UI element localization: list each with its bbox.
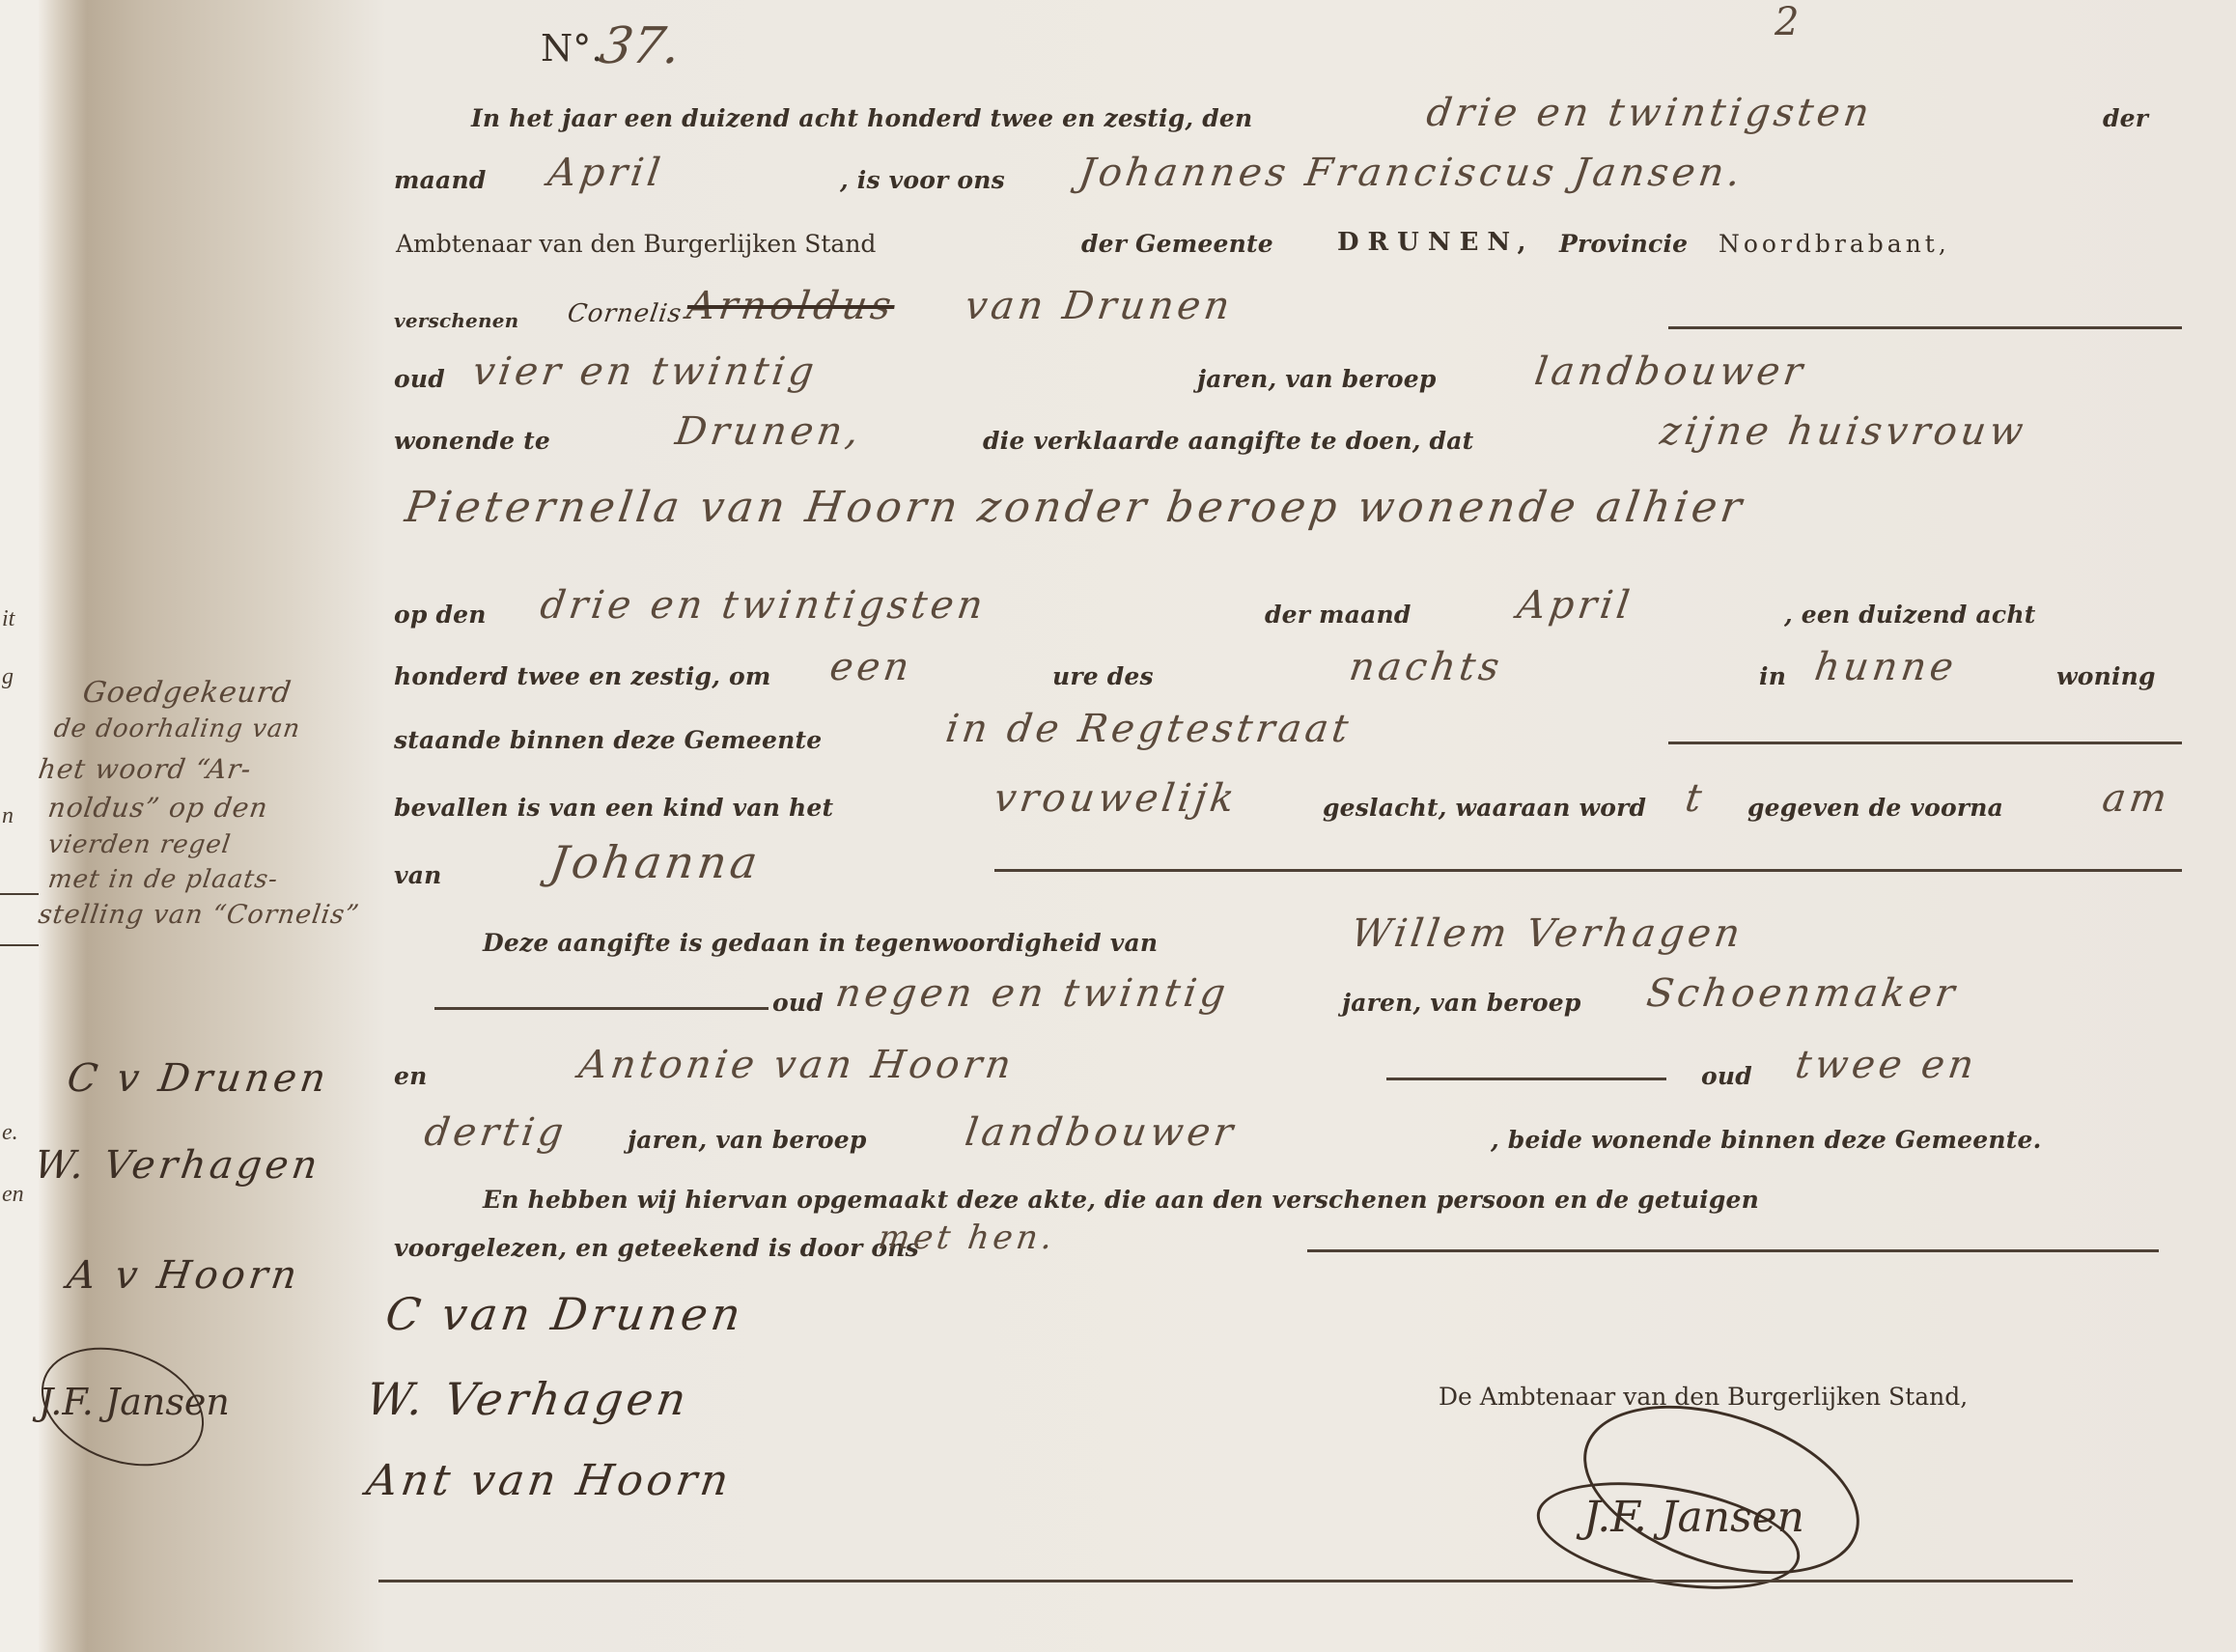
fill-line [1668,742,2182,744]
record-number-label: N°. [541,27,602,70]
handwritten-day: drie en twintigsten [1424,91,1876,135]
print-text: staande binnen deze Gemeente [394,726,822,754]
print-text: oud [1701,1062,1752,1090]
margin-note-line: noldus” op den [46,792,270,824]
facing-page-rule [0,893,39,895]
margin-note-line: met in de plaats- [46,865,280,894]
print-text: der maand [1265,601,1411,629]
handwritten-mother-name: Pieternella van Hoorn zonder beroep wone… [402,483,1748,532]
handwritten-residence: Drunen, [673,409,865,454]
document-page: it g n e. en 2 N°. 37. In het jaar een d… [0,0,2236,1652]
handwritten-text: t [1683,776,1709,821]
print-text: geslacht, waaraan word [1323,794,1646,822]
fill-line [1668,326,2182,329]
handwritten-witness-1-occupation: Schoenmaker [1644,971,1961,1016]
print-text: der Gemeente [1081,230,1273,258]
signature-declarant: C van Drunen [382,1288,747,1340]
margin-official-signature: J.F. Jansen [39,1381,230,1423]
signature-witness-1: W. Verhagen [363,1373,693,1425]
handwritten-struck-name: Arnoldus [685,284,898,328]
fill-line [434,1007,769,1010]
handwritten-witness-2: Antonie van Hoorn [576,1043,1018,1087]
handwritten-witness-1: Willem Verhagen [1349,911,1747,956]
handwritten-time-of-day: nachts [1347,645,1506,689]
print-text: jaren, van beroep [628,1126,867,1154]
handwritten-month: April [545,151,667,195]
print-text: en [394,1062,427,1090]
print-text: wonende te [394,427,550,455]
print-text: van [394,861,442,889]
facing-page-fragment: g [2,664,14,690]
handwritten-text: hunne [1812,645,1960,689]
top-pencil-mark: 2 [1775,0,1799,44]
handwritten-witness-2-age: twee en [1793,1043,1980,1087]
handwritten-sex: vrouwelijk [992,776,1241,821]
print-text: maand [394,166,487,194]
municipality-name: DRUNEN, [1337,228,1535,257]
margin-note-line: vierden regel [46,830,233,859]
print-text: , is voor ons [840,166,1005,194]
print-text: verschenen [394,309,518,332]
fill-line [1386,1078,1666,1080]
print-text: voorgelezen, en geteekend is door ons [394,1234,919,1262]
facing-page-fragment: e. [2,1120,18,1146]
record-number-value: 37. [596,17,685,75]
facing-page-fragment: n [2,803,14,829]
margin-note-line: het woord “Ar- [37,753,254,785]
margin-note-line: stelling van “Cornelis” [37,900,361,930]
print-text: gegeven de voorna [1747,794,2003,822]
print-text: woning [2056,662,2156,690]
print-text: oud [772,989,824,1017]
handwritten-text: am [2100,776,2173,821]
handwritten-insertion: Cornelis [566,299,684,328]
handwritten-witness-2-occupation: landbouwer [963,1110,1240,1155]
print-text: Provincie [1559,230,1688,258]
print-text: honderd twee en zestig, om [394,662,771,690]
print-text: der [2103,104,2148,132]
handwritten-birth-day: drie en twintigsten [538,583,990,628]
handwritten-text: zijne huisvrouw [1658,409,2030,454]
print-text: in [1759,662,1786,690]
handwritten-hour: een [827,645,916,689]
print-text: Deze aangifte is gedaan in tegenwoordigh… [483,929,1158,957]
handwritten-declarant-name: van Drunen [963,284,1237,328]
facing-page-rule [0,944,39,946]
handwritten-child-name: Johanna [546,836,764,888]
fill-line [1307,1249,2159,1252]
facing-page-edge: it g n e. en [0,0,39,1652]
handwritten-witness-1-age: negen en twintig [833,971,1232,1016]
print-text: En hebben wij hiervan opgemaakt deze akt… [483,1186,1759,1214]
province-name: Noordbrabant, [1719,230,1950,258]
print-text: bevallen is van een kind van het [394,794,833,822]
print-text: die verklaarde aangifte te doen, dat [983,427,1473,455]
print-text: oud [394,365,445,393]
margin-note-line: de doorhaling van [52,714,302,743]
print-text: In het jaar een duizend acht honderd twe… [471,104,1252,132]
handwritten-text: met hen. [876,1218,1058,1257]
facing-page-fragment: it [2,606,14,632]
facing-page-fragment: en [2,1182,24,1208]
handwritten-birth-month: April [1515,583,1636,628]
closing-rule [378,1580,2073,1582]
handwritten-official-name: Johannes Franciscus Jansen. [1076,151,1747,195]
handwritten-street: in de Regtestraat [943,707,1355,751]
handwritten-witness-2-age-cont: dertig [422,1110,570,1155]
print-text: , beide wonende binnen deze Gemeente. [1491,1126,2042,1154]
print-text: , een duizend acht [1784,601,2035,629]
official-label: De Ambtenaar van den Burgerlijken Stand, [1439,1383,1968,1411]
print-text: ure des [1052,662,1154,690]
handwritten-occupation: landbouwer [1532,350,1809,394]
margin-signature: A v Hoorn [65,1253,303,1298]
margin-note-line: Goedgekeurd [81,676,294,710]
print-text: op den [394,601,487,629]
margin-signature: W. Verhagen [32,1143,324,1188]
margin-signature: C v Drunen [65,1056,332,1101]
fill-line [994,869,2182,872]
official-signature: J.F. Jansen [1583,1493,1804,1542]
print-text: Ambtenaar van den Burgerlijken Stand [396,230,876,258]
print-text: jaren, van beroep [1342,989,1581,1017]
print-text: jaren, van beroep [1197,365,1437,393]
signature-witness-2: Ant van Hoorn [363,1456,735,1505]
handwritten-age: vier en twintig [470,350,821,394]
